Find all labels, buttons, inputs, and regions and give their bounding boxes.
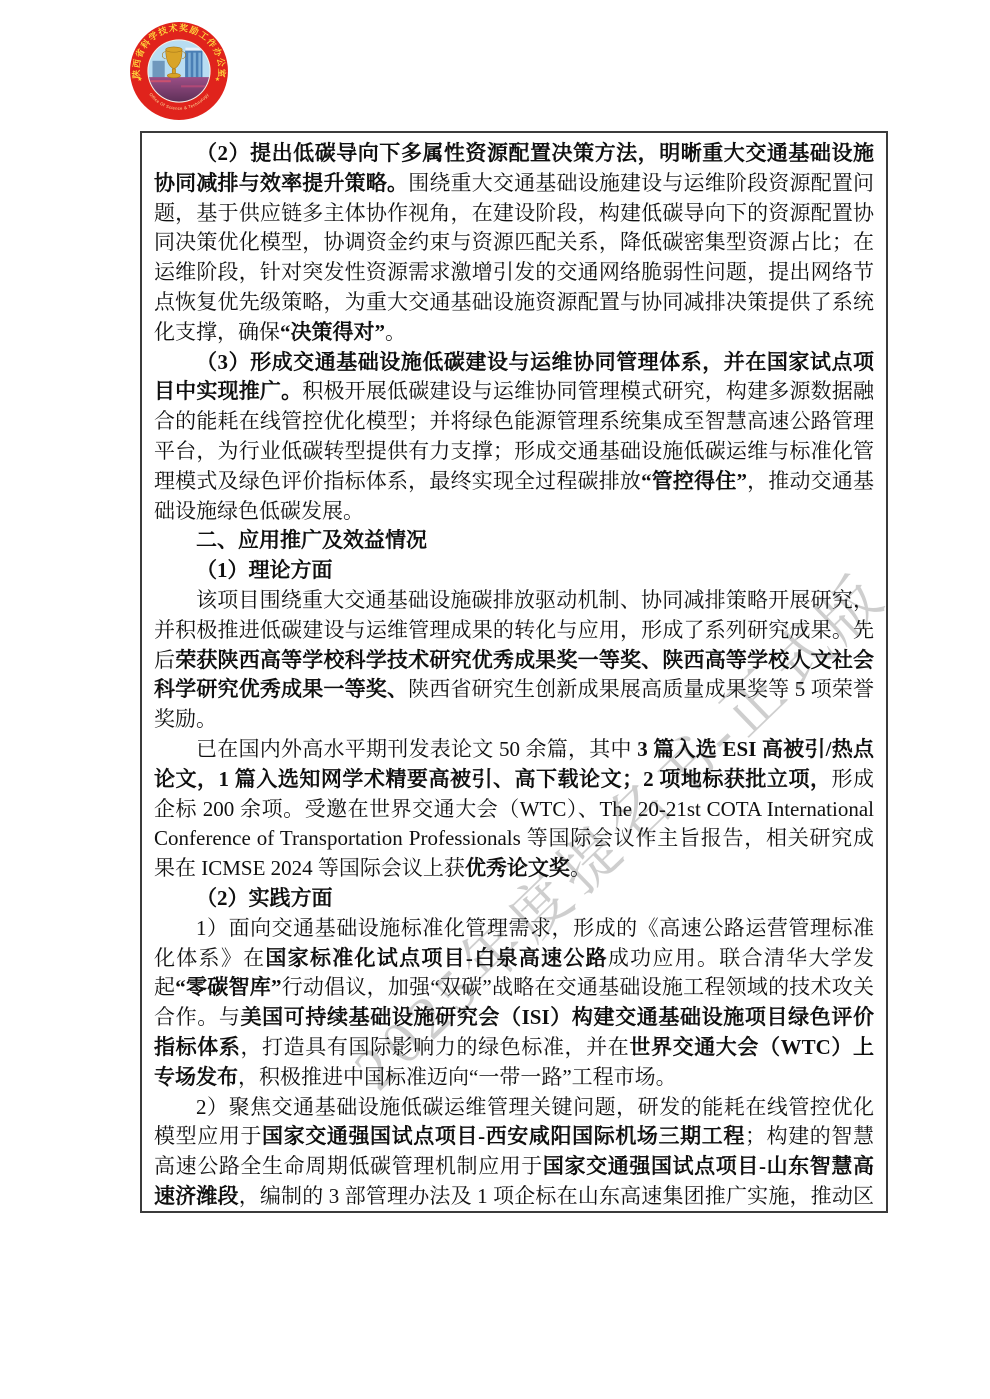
seal-left-star-icon: ★ bbox=[137, 76, 142, 83]
paragraph: 该项目围绕重大交通基础设施碳排放驱动机制、协同减排策略开展研究，并积极推进低碳建… bbox=[154, 586, 874, 735]
paragraph: 已在国内外高水平期刊发表论文 50 余篇，其中 3 篇入选 ESI 高被引/热点… bbox=[154, 735, 874, 884]
bold-run: “零碳智库” bbox=[175, 975, 281, 999]
paragraph: 2）聚焦交通基础设施低碳运维管理关键问题，研发的能耗在线管控优化模型应用于国家交… bbox=[154, 1093, 874, 1214]
bold-run: 国家标准化试点项目-白泉高速公路 bbox=[265, 946, 608, 970]
section-heading: （1）理论方面 bbox=[154, 556, 874, 586]
bold-run: 优秀论文奖 bbox=[465, 856, 570, 880]
content-box: 2025年度提名书-正式版 （2）提出低碳导向下多属性资源配置决策方法，明晰重大… bbox=[140, 131, 888, 1213]
bold-run: “决策得对” bbox=[280, 320, 385, 344]
paragraph: （3）形成交通基础设施低碳建设与运维协同管理体系，并在国家试点项目中实现推广。积… bbox=[154, 348, 874, 527]
text-run: ，积极推进中国标准迈向“一带一路”工程市场。 bbox=[238, 1065, 677, 1089]
section-heading: 二、应用推广及效益情况 bbox=[154, 526, 874, 556]
bold-run: 国家交通强国试点项目-西安咸阳国际机场三期工程 bbox=[262, 1124, 745, 1148]
bold-run: 二、应用推广及效益情况 bbox=[196, 528, 427, 552]
bold-run: “管控得住” bbox=[641, 469, 747, 493]
seal-right-star-icon: ★ bbox=[215, 76, 220, 83]
paragraph: （2）提出低碳导向下多属性资源配置决策方法，明晰重大交通基础设施协同减排与效率提… bbox=[154, 139, 874, 348]
bold-run: （1）理论方面 bbox=[196, 558, 333, 582]
seal-svg: 陕西省科学技术奖励工作办公室 Office Of Science & Techn… bbox=[128, 20, 230, 122]
text-run: 。 bbox=[385, 320, 406, 344]
text-run: 已在国内外高水平期刊发表论文 50 余篇，其中 bbox=[196, 737, 637, 761]
text-run: ，编制的 3 部管理办法及 1 项企标在山东高速集团推广实施，推动区域交通低碳发… bbox=[154, 1184, 874, 1213]
text-run: ，打造具有国际影响力的绿色标准，并在 bbox=[240, 1035, 629, 1059]
paragraph: 1）面向交通基础设施标准化管理需求，形成的《高速公路运营管理标准化体系》在国家标… bbox=[154, 914, 874, 1093]
document-body: （2）提出低碳导向下多属性资源配置决策方法，明晰重大交通基础设施协同减排与效率提… bbox=[142, 133, 886, 1213]
section-heading: （2）实践方面 bbox=[154, 884, 874, 914]
document-page: 陕西省科学技术奖励工作办公室 Office Of Science & Techn… bbox=[0, 0, 990, 1399]
org-seal-logo: 陕西省科学技术奖励工作办公室 Office Of Science & Techn… bbox=[128, 20, 230, 122]
bold-run: （2）实践方面 bbox=[196, 886, 333, 910]
text-run: 。 bbox=[570, 856, 591, 880]
text-run: 围绕重大交通基础设施建设与运维阶段资源配置问题，基于供应链多主体协作视角，在建设… bbox=[154, 171, 874, 344]
